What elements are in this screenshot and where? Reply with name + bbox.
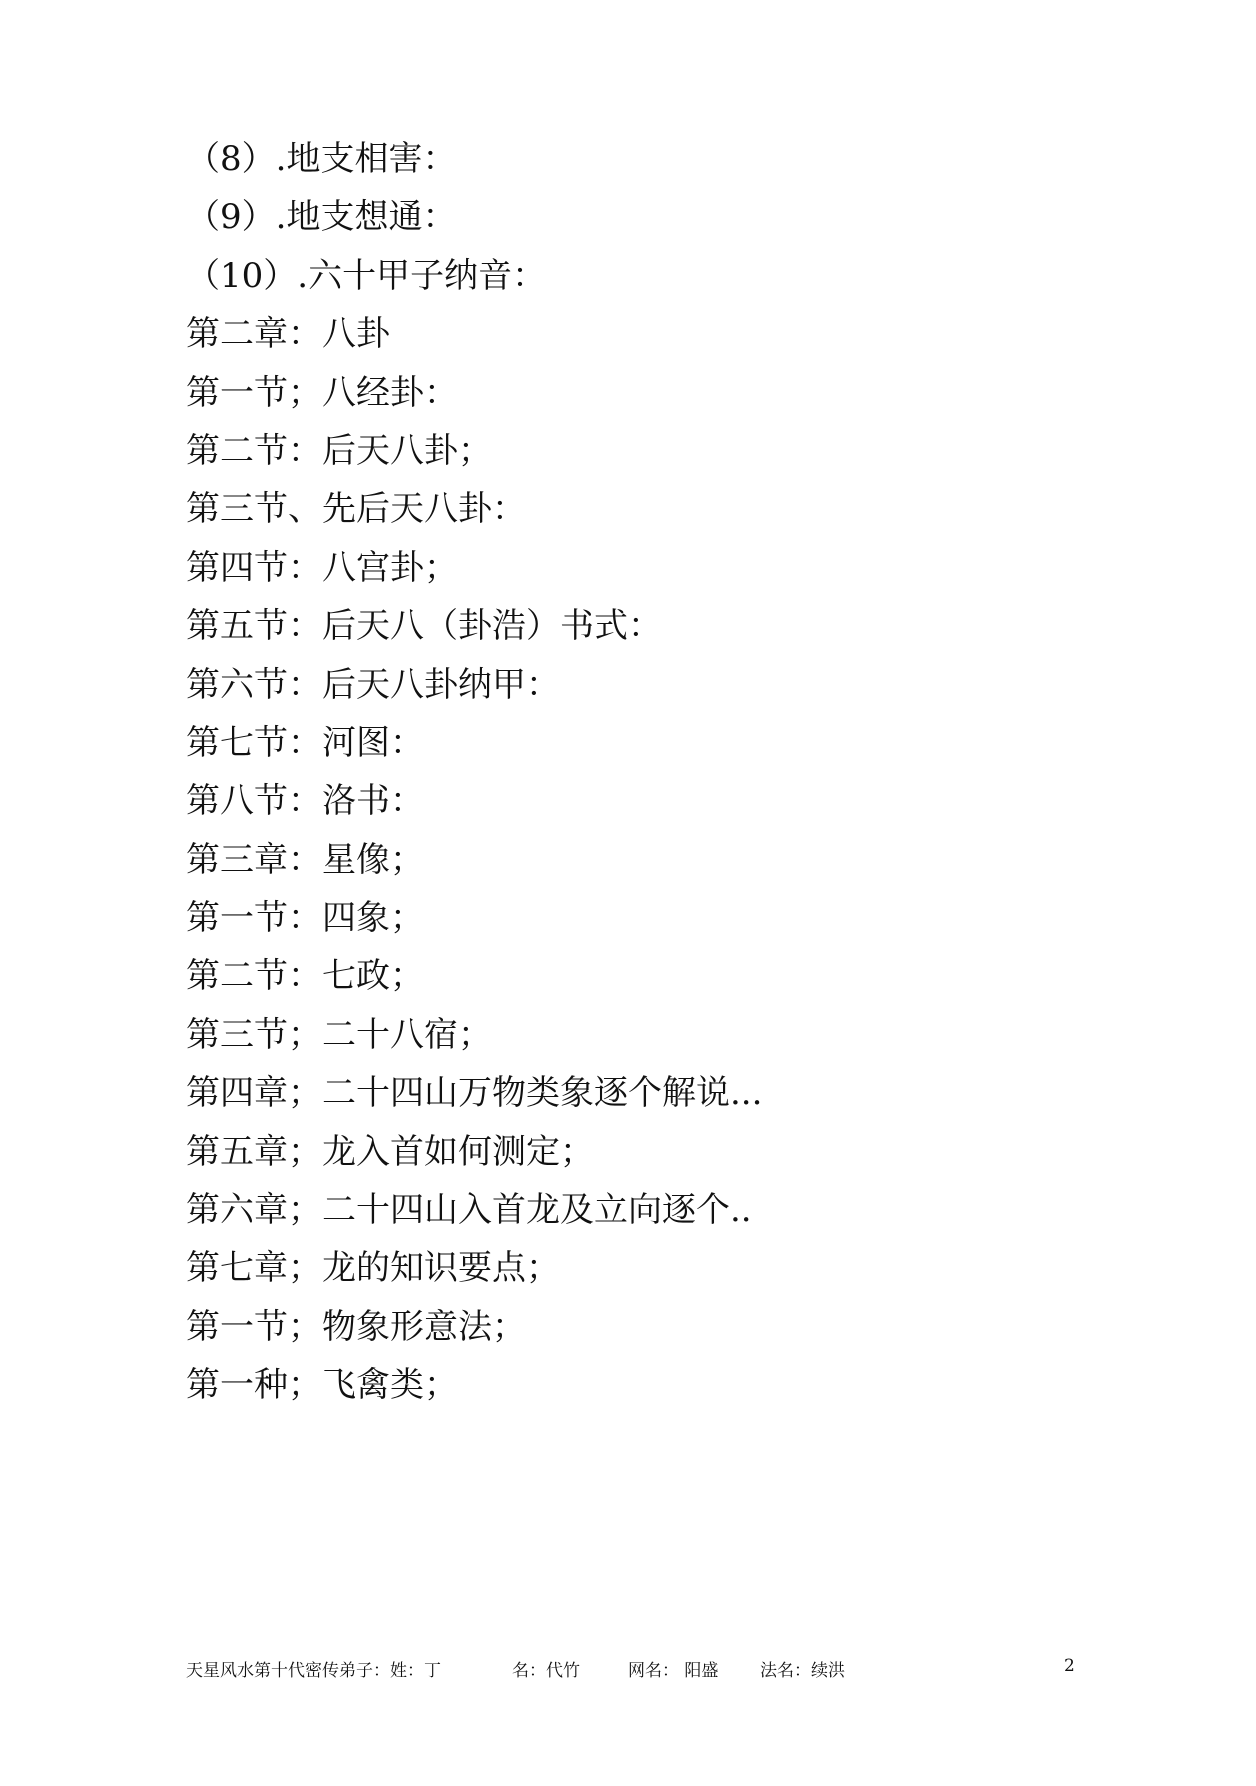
- chapter-heading: 第六章；二十四山入首龙及立向逐个..: [186, 1181, 762, 1239]
- chapter-heading: 第七章；龙的知识要点；: [186, 1239, 762, 1297]
- document-page: （8）.地支相害： （9）.地支想通： （10）.六十甲子纳音： 第二章：八卦 …: [0, 0, 1256, 1786]
- section-heading: 第二节：后天八卦；: [186, 422, 762, 480]
- toc-line: （10）.六十甲子纳音：: [186, 247, 762, 305]
- footer-author: 天星风水第十代密传弟子：姓：丁: [186, 1656, 441, 1681]
- toc-line: （9）.地支想通：: [186, 188, 762, 246]
- section-heading: 第一节：四象；: [186, 889, 762, 947]
- section-heading: 第一节；八经卦：: [186, 364, 762, 422]
- toc-lines: （8）.地支相害： （9）.地支想通： （10）.六十甲子纳音： 第二章：八卦 …: [186, 130, 762, 1415]
- chapter-heading: 第二章：八卦: [186, 305, 762, 363]
- section-heading: 第二节：七政；: [186, 947, 762, 1005]
- chapter-heading: 第四章；二十四山万物类象逐个解说...: [186, 1064, 762, 1122]
- chapter-heading: 第三章：星像；: [186, 831, 762, 889]
- footer-dharma-name: 法名：续洪: [760, 1656, 845, 1681]
- section-heading: 第五节：后天八（卦浩）书式：: [186, 597, 762, 655]
- footer-given-name: 名：代竹: [512, 1656, 580, 1681]
- section-heading: 第四节：八宫卦；: [186, 539, 762, 597]
- footer-net-name: 网名： 阳盛: [628, 1656, 718, 1681]
- page-footer: 天星风水第十代密传弟子：姓：丁 名：代竹 网名： 阳盛 法名：续洪 2: [186, 1656, 1076, 1684]
- section-heading: 第八节：洛书：: [186, 772, 762, 830]
- chapter-heading: 第五章；龙入首如何测定；: [186, 1123, 762, 1181]
- section-heading: 第七节：河图：: [186, 714, 762, 772]
- section-heading: 第六节：后天八卦纳甲：: [186, 656, 762, 714]
- section-heading: 第一节；物象形意法；: [186, 1298, 762, 1356]
- page-number: 2: [1064, 1656, 1075, 1676]
- section-heading: 第三节、先后天八卦：: [186, 480, 762, 538]
- section-heading: 第三节；二十八宿；: [186, 1006, 762, 1064]
- toc-line: （8）.地支相害：: [186, 130, 762, 188]
- subsection-heading: 第一种；飞禽类；: [186, 1356, 762, 1414]
